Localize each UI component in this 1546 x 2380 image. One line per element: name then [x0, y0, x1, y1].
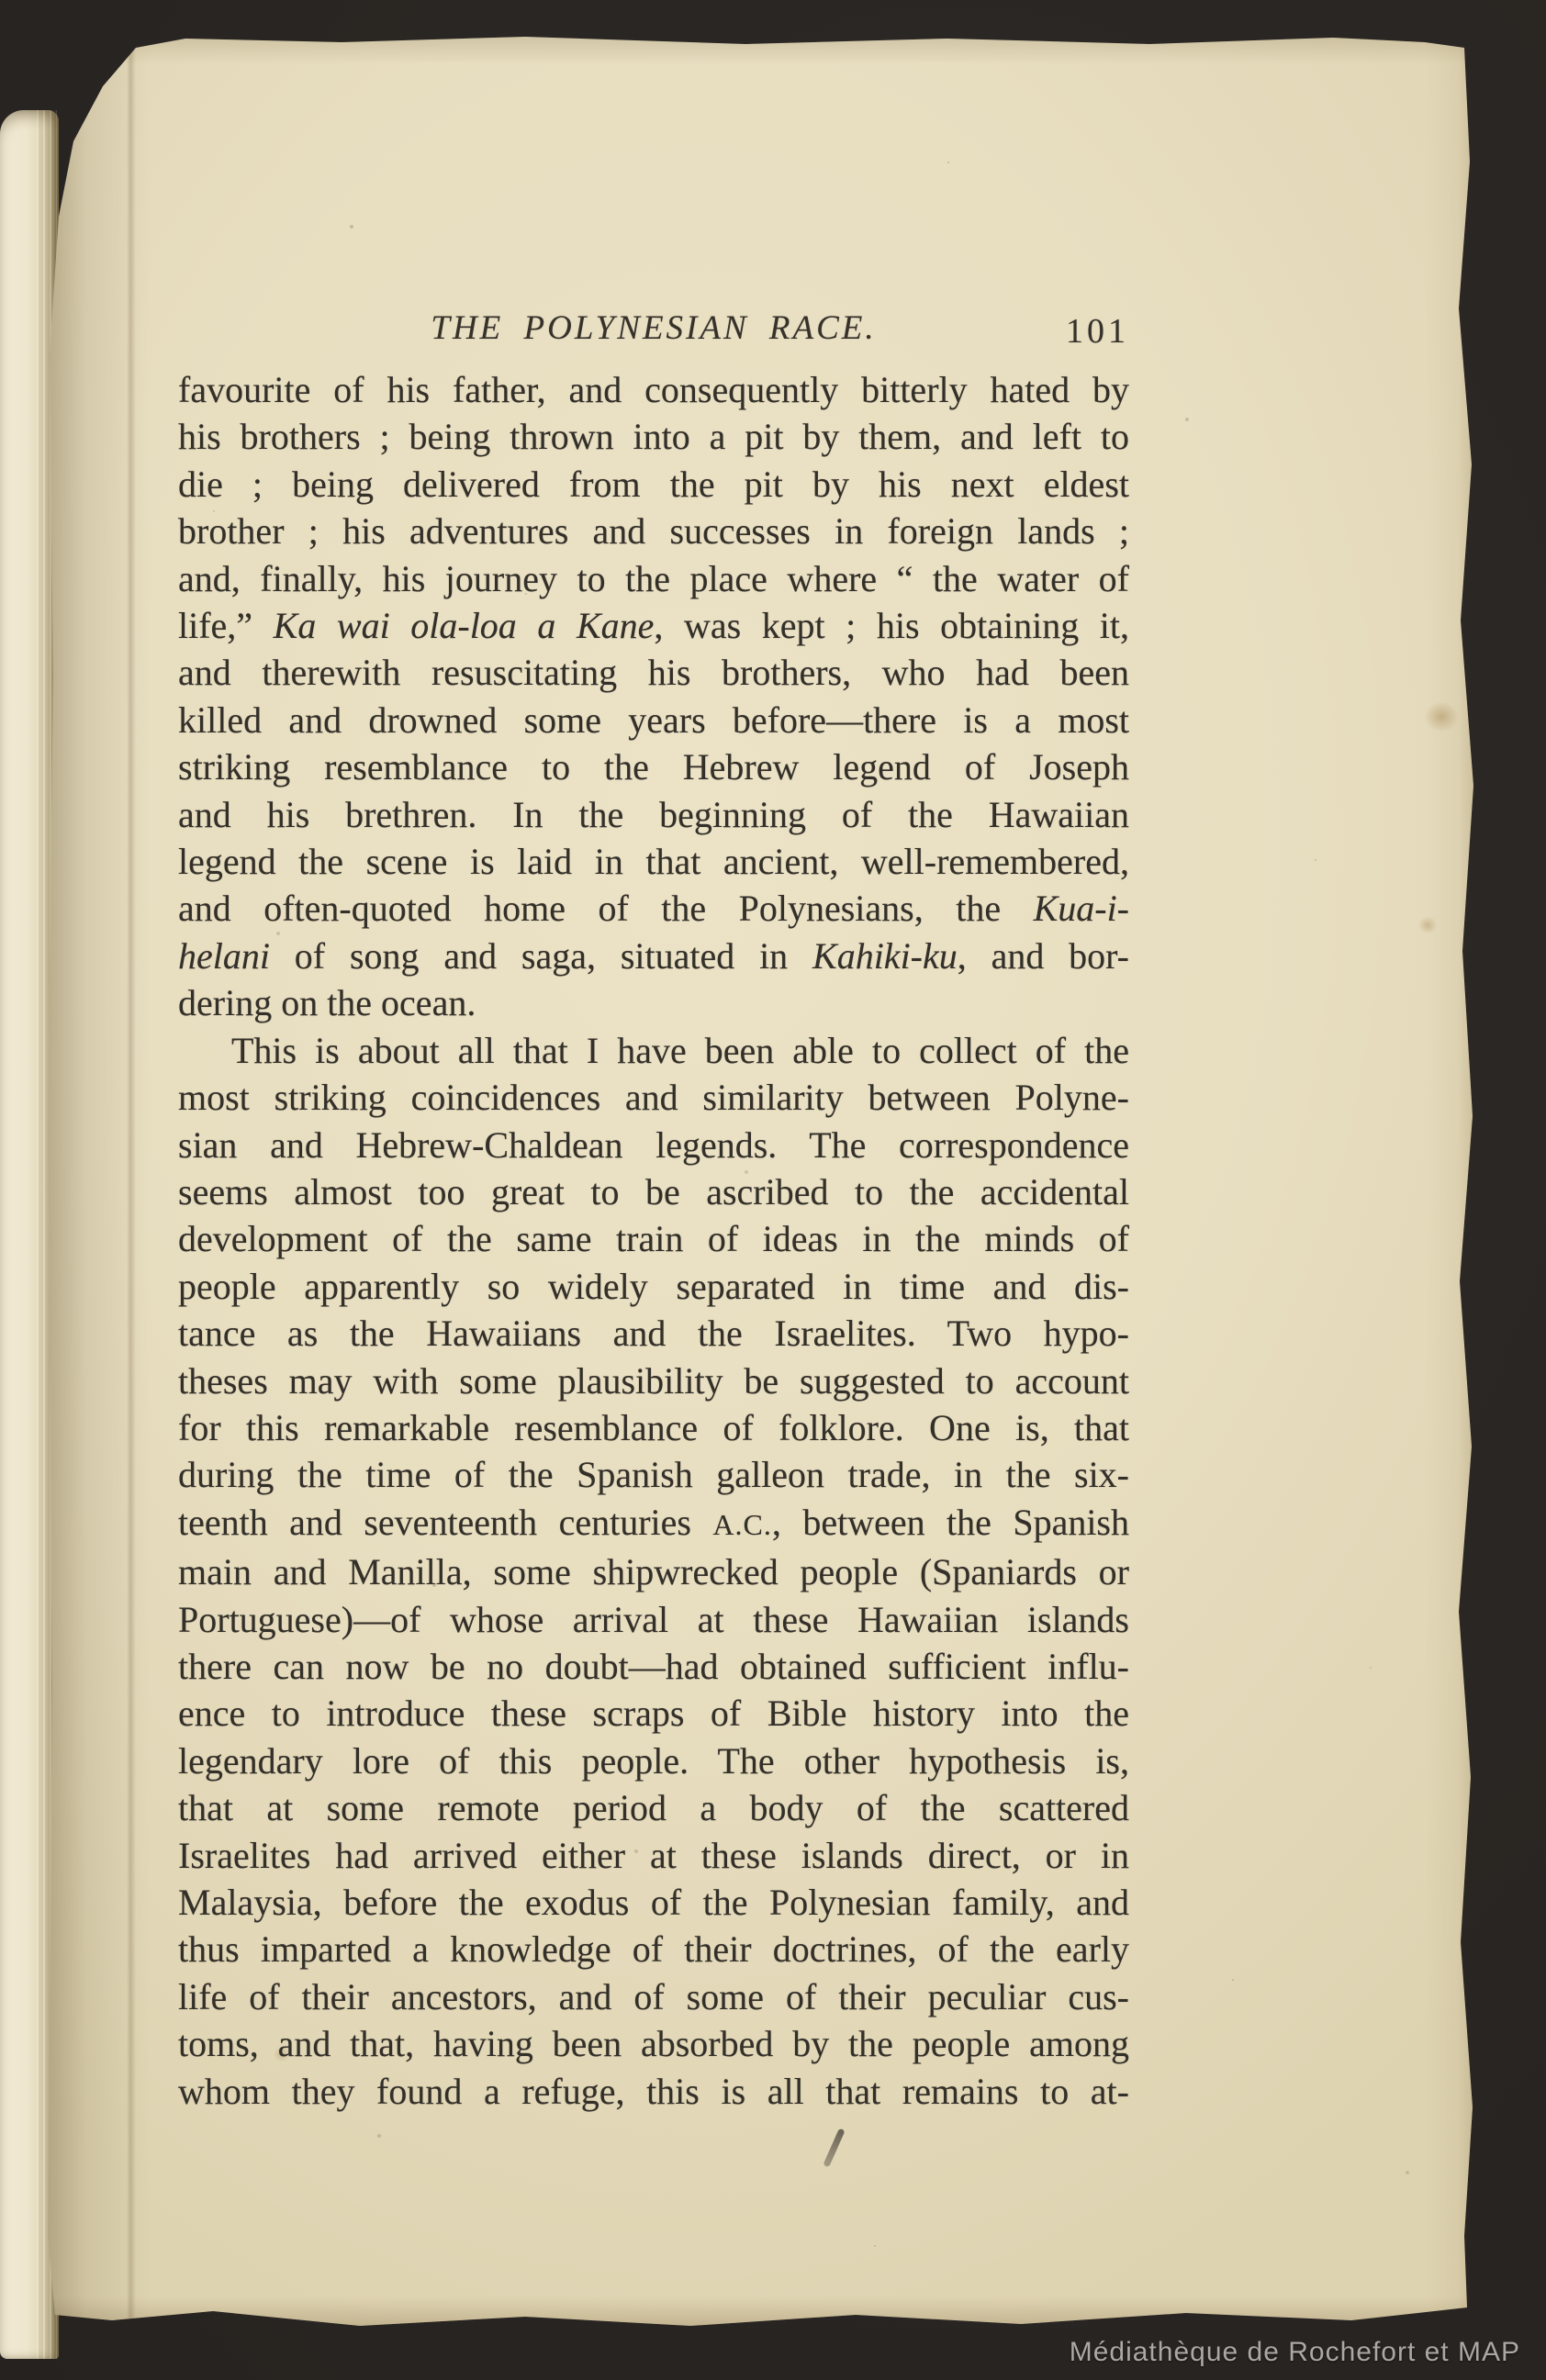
text-line: Israelites had arrived either at these i… [178, 1832, 1129, 1879]
text-segment: Israelites had arrived either at these i… [178, 1835, 1129, 1876]
text-line: thus imparted a knowledge of their doctr… [178, 1926, 1129, 1972]
text-line: brother ; his adventures and successes i… [178, 508, 1129, 554]
text-line: Portuguese)—of whose arrival at these Ha… [178, 1596, 1129, 1643]
running-head: THE POLYNESIAN RACE. 101 [178, 308, 1129, 356]
text-line: and his brethren. In the beginning of th… [178, 791, 1129, 838]
text-segment: most striking coincidences and similarit… [178, 1077, 1129, 1118]
text-segment: thus imparted a knowledge of their doctr… [178, 1928, 1129, 1970]
text-line: whom they found a refuge, this is all th… [178, 2068, 1129, 2115]
body-text: favourite of his father, and consequentl… [178, 366, 1129, 2115]
text-line: toms, and that, having been absorbed by … [178, 2020, 1129, 2067]
text-segment: striking resemblance to the Hebrew legen… [178, 746, 1129, 788]
text-segment: This is about all that I have been able … [231, 1030, 1129, 1071]
text-line: theses may with some plausibility be sug… [178, 1358, 1129, 1404]
text-line: and, finally, his journey to the place w… [178, 555, 1129, 602]
text-segment: , and bor- [958, 935, 1129, 977]
text-segment: and his brethren. In the beginning of th… [178, 794, 1129, 835]
foxing-stain [1414, 912, 1441, 938]
text-line: killed and drowned some years before—the… [178, 697, 1129, 743]
text-line: Malaysia, before the exodus of the Polyn… [178, 1879, 1129, 1926]
text-segment: legend the scene is laid in that ancient… [178, 841, 1129, 882]
text-line: most striking coincidences and similarit… [178, 1074, 1129, 1121]
text-segment: theses may with some plausibility be sug… [178, 1360, 1129, 1402]
text-segment: and often-quoted home of the Polynesians… [178, 888, 1034, 929]
text-segment: toms, and that, having been absorbed by … [178, 2023, 1129, 2064]
text-segment: killed and drowned some years before—the… [178, 699, 1129, 741]
watermark-label: Médiathèque de Rochefort et MAP [1070, 2337, 1520, 2368]
text-segment: sian and Hebrew-Chaldean legends. The co… [178, 1124, 1129, 1166]
ink-smudge-mark [823, 2128, 845, 2167]
text-line: and often-quoted home of the Polynesians… [178, 885, 1129, 932]
text-segment: that at some remote period a body of the… [178, 1787, 1129, 1828]
text-segment: Malaysia, before the exodus of the Polyn… [178, 1882, 1129, 1923]
text-line: that at some remote period a body of the… [178, 1784, 1129, 1831]
italic-text-segment: Ka wai ola-loa a Kane [274, 605, 655, 646]
text-line: ence to introduce these scraps of Bible … [178, 1690, 1129, 1737]
text-line: striking resemblance to the Hebrew legen… [178, 743, 1129, 790]
text-line: legend the scene is laid in that ancient… [178, 838, 1129, 885]
text-line: his brothers ; being thrown into a pit b… [178, 413, 1129, 460]
text-segment: teenth and seventeenth centuries [178, 1502, 712, 1543]
text-segment: die ; being delivered from the pit by hi… [178, 464, 1129, 505]
text-segment: brother ; his adventures and successes i… [178, 510, 1129, 552]
text-line: life,” Ka wai ola-loa a Kane, was kept ;… [178, 602, 1129, 649]
text-segment: people apparently so widely separated in… [178, 1266, 1129, 1307]
text-line: main and Manilla, some shipwrecked peopl… [178, 1548, 1129, 1595]
text-line: This is about all that I have been able … [178, 1027, 1129, 1074]
text-line: development of the same train of ideas i… [178, 1215, 1129, 1262]
text-segment: for this remarkable resemblance of folkl… [178, 1407, 1129, 1448]
italic-text-segment: Kua-i- [1034, 888, 1129, 929]
smallcaps-text-segment: A.C. [712, 1508, 771, 1541]
text-line: sian and Hebrew-Chaldean legends. The co… [178, 1122, 1129, 1168]
text-line: people apparently so widely separated in… [178, 1263, 1129, 1310]
text-line: for this remarkable resemblance of folkl… [178, 1404, 1129, 1451]
text-line: legendary lore of this people. The other… [178, 1738, 1129, 1784]
text-segment: favourite of his father, and consequentl… [178, 369, 1129, 410]
text-segment: whom they found a refuge, this is all th… [178, 2071, 1129, 2112]
text-line: helani of song and saga, situated in Kah… [178, 933, 1129, 979]
paper-fiber-flecks [48, 33, 50, 35]
text-line: dering on the ocean. [178, 979, 1129, 1026]
text-segment: main and Manilla, some shipwrecked peopl… [178, 1551, 1129, 1592]
text-segment: tance as the Hawaiians and the Israelite… [178, 1313, 1129, 1354]
italic-text-segment: Kahiki-ku [812, 935, 958, 977]
book-page: THE POLYNESIAN RACE. 101 favourite of hi… [48, 33, 1482, 2335]
text-segment: ence to introduce these scraps of Bible … [178, 1693, 1129, 1734]
italic-text-segment: helani [178, 935, 270, 977]
text-line: seems almost too great to be ascribed to… [178, 1168, 1129, 1215]
text-segment: , between the Spanish [772, 1502, 1129, 1543]
text-line: there can now be no doubt—had obtained s… [178, 1643, 1129, 1690]
text-line: during the time of the Spanish galleon t… [178, 1451, 1129, 1498]
page-title: THE POLYNESIAN RACE. [178, 308, 1129, 348]
text-segment: his brothers ; being thrown into a pit b… [178, 416, 1129, 457]
text-segment: seems almost too great to be ascribed to… [178, 1171, 1129, 1212]
text-segment: and therewith resuscitating his brothers… [178, 652, 1129, 693]
text-line: and therewith resuscitating his brothers… [178, 649, 1129, 696]
text-segment: during the time of the Spanish galleon t… [178, 1454, 1129, 1495]
text-segment: , was kept ; his obtaining it, [654, 605, 1129, 646]
foxing-stain [1417, 696, 1465, 738]
scan-background: { "watermark": "Médiathèque de Rochefort… [0, 0, 1546, 2380]
text-segment: dering on the ocean. [178, 982, 476, 1023]
text-line: life of their ancestors, and of some of … [178, 1973, 1129, 2020]
text-segment: Portuguese)—of whose arrival at these Ha… [178, 1599, 1129, 1640]
page-number: 101 [1066, 311, 1129, 352]
text-segment: life of their ancestors, and of some of … [178, 1976, 1129, 2017]
text-segment: life,” [178, 605, 274, 646]
text-line: favourite of his father, and consequentl… [178, 366, 1129, 413]
text-segment: legendary lore of this people. The other… [178, 1740, 1129, 1782]
text-segment: development of the same train of ideas i… [178, 1218, 1129, 1259]
text-line: teenth and seventeenth centuries A.C., b… [178, 1499, 1129, 1548]
text-line: die ; being delivered from the pit by hi… [178, 461, 1129, 508]
text-segment: there can now be no doubt—had obtained s… [178, 1646, 1129, 1687]
text-segment: of song and saga, situated in [270, 935, 812, 977]
text-line: tance as the Hawaiians and the Israelite… [178, 1310, 1129, 1357]
text-segment: and, finally, his journey to the place w… [178, 558, 1129, 599]
